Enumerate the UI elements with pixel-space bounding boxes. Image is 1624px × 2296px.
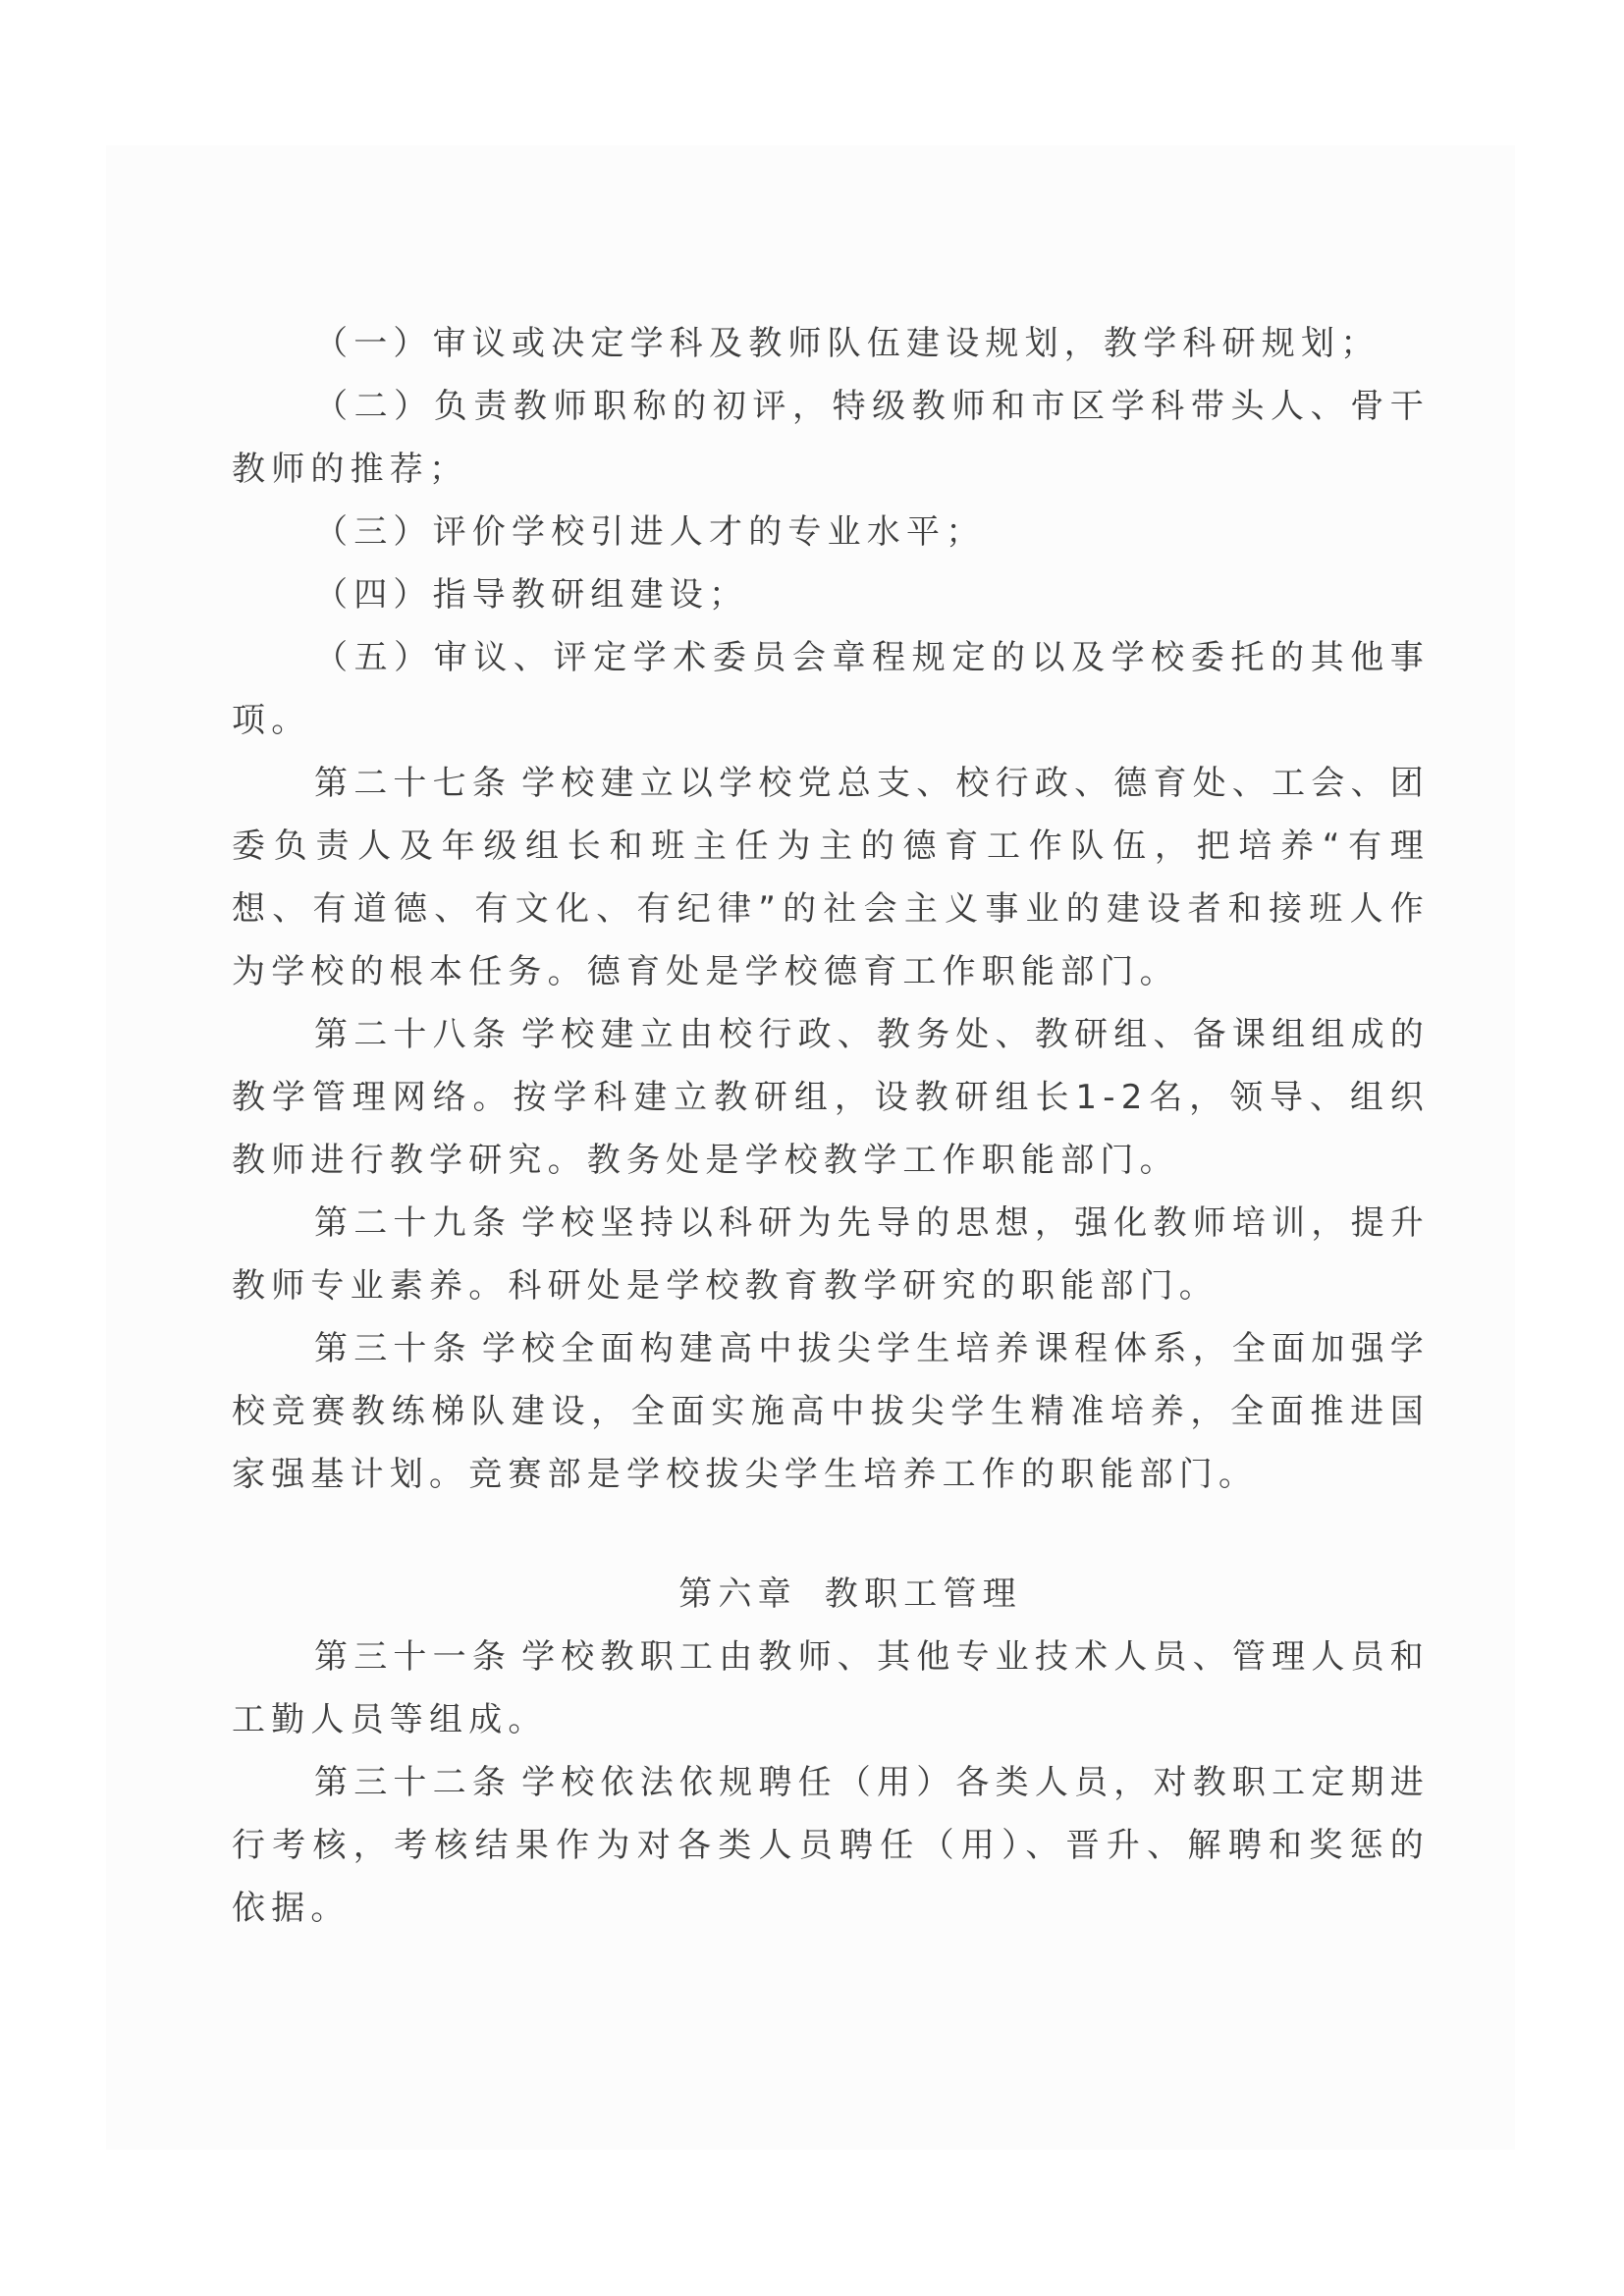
- article-29: 第二十九条学校坚持以科研为先导的思想，强化教师培训，提升教师专业素养。科研处是学…: [232, 1192, 1430, 1317]
- article-number: 第三十一条: [314, 1637, 512, 1677]
- section-spacer: [232, 1506, 1430, 1533]
- list-item-2: （二）负责教师职称的初评，特级教师和市区学科带头人、骨干教师的推荐；: [232, 375, 1430, 501]
- chapter-number: 第六章: [678, 1575, 797, 1614]
- article-32: 第三十二条学校依法依规聘任（用）各类人员，对教职工定期进行考核，考核结果作为对各…: [232, 1751, 1430, 1940]
- article-30: 第三十条学校全面构建高中拔尖学生培养课程体系，全面加强学校竞赛教练梯队建设，全面…: [232, 1317, 1430, 1506]
- article-number: 第三十条: [314, 1329, 472, 1368]
- article-number: 第二十七条: [314, 764, 512, 803]
- article-number: 第三十二条: [314, 1763, 512, 1802]
- article-27: 第二十七条学校建立以学校党总支、校行政、德育处、工会、团委负责人及年级组长和班主…: [232, 752, 1430, 1003]
- article-28: 第二十八条学校建立由校行政、教务处、教研组、备课组组成的教学管理网络。按学科建立…: [232, 1003, 1430, 1192]
- list-item-4: （四）指导教研组建设；: [232, 563, 1430, 626]
- list-item-3: （三）评价学校引进人才的专业水平；: [232, 501, 1430, 563]
- list-item-5: （五）审议、评定学术委员会章程规定的以及学校委托的其他事项。: [232, 626, 1430, 752]
- chapter-title: 教职工管理: [825, 1575, 1022, 1614]
- article-number: 第二十八条: [314, 1015, 512, 1054]
- article-31: 第三十一条学校教职工由教师、其他专业技术人员、管理人员和工勤人员等组成。: [232, 1626, 1430, 1751]
- chapter-heading: 第六章教职工管理: [232, 1563, 1430, 1626]
- list-item-1: （一）审议或决定学科及教师队伍建设规划，教学科研规划；: [232, 312, 1430, 375]
- article-number: 第二十九条: [314, 1203, 512, 1243]
- document-body: （一）审议或决定学科及教师队伍建设规划，教学科研规划； （二）负责教师职称的初评…: [232, 312, 1430, 1940]
